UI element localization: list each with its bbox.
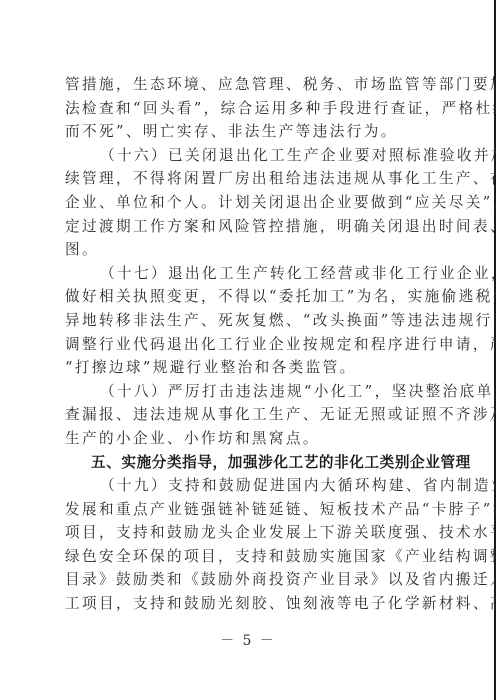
text-line: 企业、单位和个人。计划关闭退出企业要做到“应关尽关”，制 — [65, 191, 431, 215]
text-line: （十六）已关闭退出化工生产企业要对照标准验收并加强后 — [65, 144, 431, 168]
paragraph: （十八）严厉打击违法违规“小化工”，坚决整治底单外漏 查漏报、违法违规从事化工生… — [65, 380, 431, 451]
text-line: （十七）退出化工生产转化工经营或非化工行业企业，及时 — [65, 262, 431, 286]
text-line: 定过渡期工作方案和风险管控措施，明确关闭退出时间表、路线 — [65, 215, 431, 239]
paragraph: （十六）已关闭退出化工生产企业要对照标准验收并加强后 续管理，不得将闲置厂房出租… — [65, 144, 431, 262]
text-line: （十九）支持和鼓励促进国内大循环构建、省内制造业集群 — [65, 474, 431, 498]
text-line: 发展和重点产业链强链补链延链、短板技术产品“卡脖子”清单 — [65, 498, 431, 522]
text-line: 图。 — [65, 238, 431, 262]
page-number: － 5 － — [0, 630, 496, 650]
text-line: 工项目，支持和鼓励光刻胶、蚀刻液等电子化学新材料、高端生 — [65, 592, 431, 616]
text-line: 做好相关执照变更，不得以“委托加工”为名，实施偷逃税费、 — [65, 285, 431, 309]
text-line: 法检查和“回头看”，综合运用多种手段进行查证，严格杜绝“关 — [65, 97, 431, 121]
paragraph: （十七）退出化工生产转化工经营或非化工行业企业，及时 做好相关执照变更，不得以“… — [65, 262, 431, 380]
text-line: 绿色安全环保的项目，支持和鼓励实施国家《产业结构调整指导 — [65, 545, 431, 569]
text-line: 项目，支持和鼓励龙头企业发展上下游关联度强、技术水平高、 — [65, 521, 431, 545]
section-heading: 五、实施分类指导，加强涉化工艺的非化工类别企业管理 — [65, 451, 431, 475]
text-line: “打擦边球”规避行业整治和各类监管。 — [65, 356, 431, 380]
text-line: 异地转移非法生产、死灰复燃、“改头换面”等违法违规行为。 — [65, 309, 431, 333]
document-body: 管措施，生态环境、应急管理、税务、市场监管等部门要加强执 法检查和“回头看”，综… — [65, 73, 431, 616]
text-line: 续管理，不得将闲置厂房出租给违法违规从事化工生产、存储的 — [65, 167, 431, 191]
text-line: 目录》鼓励类和《鼓励外商投资产业目录》以及省内搬迁入园化 — [65, 568, 431, 592]
text-line: 调整行业代码退出化工行业企业按规定和程序进行申请，严禁 — [65, 333, 431, 357]
text-line: 而不死”、明亡实存、非法生产等违法行为。 — [65, 120, 431, 144]
text-line: （十八）严厉打击违法违规“小化工”，坚决整治底单外漏 — [65, 380, 431, 404]
paragraph: 管措施，生态环境、应急管理、税务、市场监管等部门要加强执 法检查和“回头看”，综… — [65, 73, 431, 144]
paragraph: （十九）支持和鼓励促进国内大循环构建、省内制造业集群 发展和重点产业链强链补链延… — [65, 474, 431, 616]
text-line: 生产的小企业、小作坊和黑窝点。 — [65, 427, 431, 451]
text-line: 查漏报、违法违规从事化工生产、无证无照或证照不齐涉及化工 — [65, 403, 431, 427]
text-line: 管措施，生态环境、应急管理、税务、市场监管等部门要加强执 — [65, 73, 431, 97]
